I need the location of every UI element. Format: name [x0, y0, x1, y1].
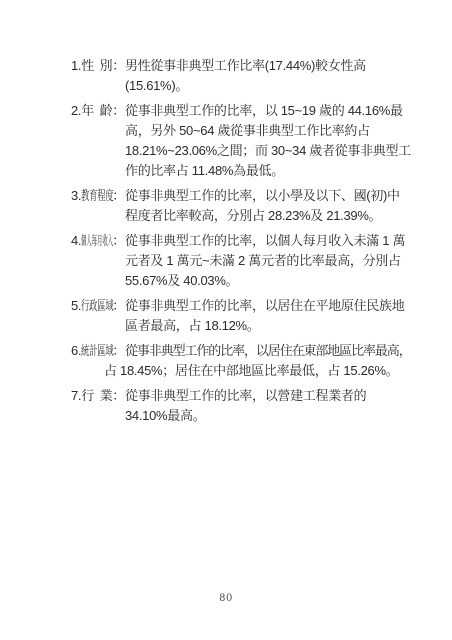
text-line: 占 18.45%；居住在中部地區比率最低，占 15.26%。 [104, 361, 393, 381]
list-item: 4. 個人每月收入 ： 從事非典型工作的比率，以個人每月收入未滿 1 萬 元者及… [71, 231, 393, 291]
item-label: 1. 性別 ： [71, 56, 125, 76]
text-line: 18.21%~23.06%之間；而 30~34 歲者從事非典型工 [125, 141, 393, 161]
item-number: 1. [71, 56, 81, 76]
item-label-text: 年齡 [81, 101, 112, 121]
document-page: 1. 性別 ： 男性從事非典型工作比率(17.44%)較女性高 (15.61%)… [0, 0, 452, 640]
item-body: 從事非典型工作的比率，以個人每月收入未滿 1 萬 元者及 1 萬元~未滿 2 萬… [125, 231, 393, 291]
item-colon: ： [112, 341, 125, 361]
item-body: 從事非典型工作的比率，以 15~19 歲的 44.16%最 高，另外 50~64… [125, 101, 393, 181]
list-item: 5. 行政區域 ： 從事非典型工作的比率，以居住在平地原住民族地 區者最高，占 … [71, 296, 393, 336]
item-colon: ： [112, 186, 125, 206]
text-line: 從事非典型工作的比率，以居住在平地原住民族地 [125, 296, 393, 316]
text-line: 作的比率占 11.48%為最低。 [125, 161, 393, 181]
item-label-text: 教育程度 [81, 186, 101, 206]
item-body: 從事非典型工作的比率，以居住在東部地區比率最高， 占 18.45%；居住在中部地… [125, 341, 393, 381]
item-label: 3. 教育程度 ： [71, 186, 125, 206]
list-item: 3. 教育程度 ： 從事非典型工作的比率，以小學及以下、國(初)中 程度者比率較… [71, 186, 393, 226]
page-number: 80 [0, 593, 452, 604]
item-label-text: 統計區域 [81, 341, 101, 361]
item-colon: ： [112, 231, 125, 251]
item-colon: ： [112, 101, 125, 121]
item-colon: ： [112, 386, 125, 406]
item-label-text: 行政區域 [81, 296, 101, 316]
text-line: 元者及 1 萬元~未滿 2 萬元者的比率最高，分別占 [125, 251, 393, 271]
list-item: 6. 統計區域 ： 從事非典型工作的比率，以居住在東部地區比率最高， 占 18.… [71, 341, 393, 381]
text-line: 程度者比率較高，分別占 28.23%及 21.39%。 [125, 206, 393, 226]
text-line: 高，另外 50~64 歲從事非典型工作比率約占 [125, 121, 393, 141]
item-label-text: 性別 [81, 56, 112, 76]
text-line: (15.61%)。 [125, 76, 393, 96]
item-number: 6. [71, 341, 81, 361]
item-number: 3. [71, 186, 81, 206]
list-item: 2. 年齡 ： 從事非典型工作的比率，以 15~19 歲的 44.16%最 高，… [71, 101, 393, 181]
list-item: 1. 性別 ： 男性從事非典型工作比率(17.44%)較女性高 (15.61%)… [71, 56, 393, 96]
text-line: 從事非典型工作的比率，以居住在東部地區比率最高， [125, 341, 393, 361]
item-body: 從事非典型工作的比率，以小學及以下、國(初)中 程度者比率較高，分別占 28.2… [125, 186, 393, 226]
text-line: 34.10%最高。 [125, 406, 393, 426]
text-line: 從事非典型工作的比率，以營建工程業者的 [125, 386, 393, 406]
item-body: 從事非典型工作的比率，以營建工程業者的 34.10%最高。 [125, 386, 393, 426]
item-label: 7. 行業 ： [71, 386, 125, 406]
item-number: 2. [71, 101, 81, 121]
item-label-text: 個人每月收入 [81, 231, 94, 251]
item-number: 5. [71, 296, 81, 316]
item-label-text: 行業 [81, 386, 112, 406]
text-line: 區者最高，占 18.12%。 [125, 316, 393, 336]
item-colon: ： [112, 56, 125, 76]
item-label: 4. 個人每月收入 ： [71, 231, 125, 251]
item-label: 6. 統計區域 ： [71, 341, 125, 361]
text-line: 男性從事非典型工作比率(17.44%)較女性高 [125, 56, 393, 76]
list-item: 7. 行業 ： 從事非典型工作的比率，以營建工程業者的 34.10%最高。 [71, 386, 393, 426]
item-colon: ： [112, 296, 125, 316]
item-body: 男性從事非典型工作比率(17.44%)較女性高 (15.61%)。 [125, 56, 393, 96]
item-number: 7. [71, 386, 81, 406]
text-line: 從事非典型工作的比率，以 15~19 歲的 44.16%最 [125, 101, 393, 121]
text-line: 從事非典型工作的比率，以個人每月收入未滿 1 萬 [125, 231, 393, 251]
item-number: 4. [71, 231, 81, 251]
item-label: 2. 年齡 ： [71, 101, 125, 121]
item-label: 5. 行政區域 ： [71, 296, 125, 316]
text-line: 55.67%及 40.03%。 [125, 271, 393, 291]
item-body: 從事非典型工作的比率，以居住在平地原住民族地 區者最高，占 18.12%。 [125, 296, 393, 336]
text-line: 從事非典型工作的比率，以小學及以下、國(初)中 [125, 186, 393, 206]
findings-list: 1. 性別 ： 男性從事非典型工作比率(17.44%)較女性高 (15.61%)… [71, 56, 393, 431]
